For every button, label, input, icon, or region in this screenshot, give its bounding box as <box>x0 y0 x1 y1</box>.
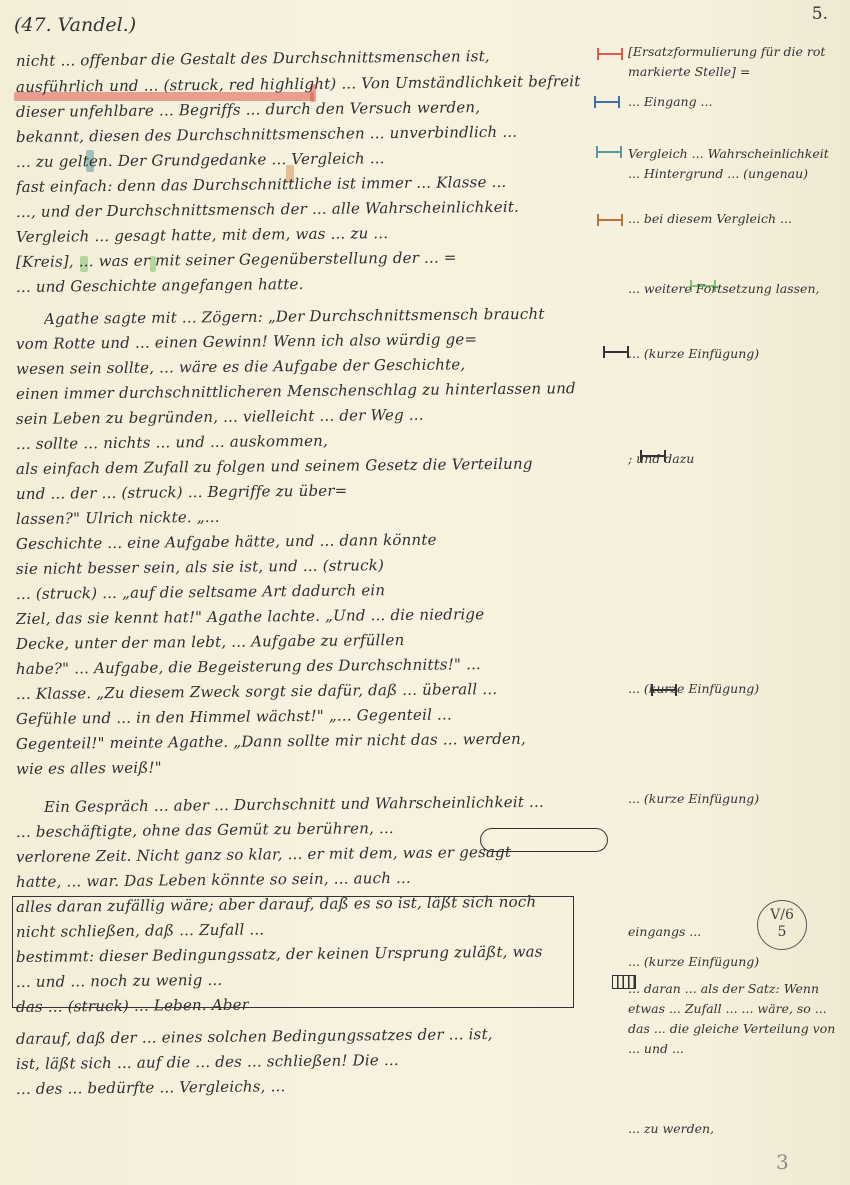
page-number: 5. <box>812 4 828 24</box>
margin-note: ... (kurze Einfügung) <box>628 679 759 699</box>
margin-note: ; und dazu <box>628 449 694 469</box>
text-line: ... des ... bedürfte ... Vergleichs, ... <box>16 1077 286 1098</box>
margin-note: ... bei diesem Vergleich ... <box>628 209 792 229</box>
margin-note: ... daran ... als der Satz: Wenn etwas .… <box>628 979 843 1059</box>
text-line: lassen?" Ulrich nickte. „... <box>16 508 220 528</box>
margin-note: ... Eingang ... <box>628 92 712 112</box>
text-line: ... sollte ... nichts ... und ... auskom… <box>16 432 328 453</box>
text-line: ... und Geschichte angefangen hatte. <box>16 275 304 296</box>
margin-note: ... zu werden, <box>628 1119 714 1139</box>
bracket-icon <box>603 346 629 358</box>
margin-note: [Ersatzformulierung für die rot markiert… <box>628 42 843 82</box>
pencil-folio-number: 3 <box>776 1150 789 1174</box>
boxed-passage <box>12 896 574 1008</box>
archive-mark-line2: 5 <box>758 924 806 941</box>
page-header: (47. Vandel.) <box>14 14 136 36</box>
orange-bracket-icon <box>597 214 623 226</box>
text-line: wie es alles weiß!" <box>16 758 162 778</box>
margin-note: eingangs ... <box>628 922 701 942</box>
archive-mark-line1: V/6 <box>758 907 806 924</box>
margin-note: ... (kurze Einfügung) <box>628 789 759 809</box>
text-line: sie nicht besser sein, als sie ist, und … <box>16 556 384 578</box>
margin-note: ... weitere Fortsetzung lassen, <box>628 279 819 299</box>
red-bracket-icon <box>597 48 623 60</box>
margin-note: Vergleich ... Wahrscheinlichkeit ... Hin… <box>628 144 843 184</box>
text-line: und ... der ... (struck) ... Begriffe zu… <box>16 482 348 503</box>
teal-bracket-icon <box>596 146 622 158</box>
archive-mark: V/6 5 <box>757 900 807 950</box>
margin-note: ... (kurze Einfügung) <box>628 344 759 364</box>
blue-bracket-icon <box>594 96 620 108</box>
circled-phrase <box>480 828 608 852</box>
margin-note: ... (kurze Einfügung) <box>628 952 759 972</box>
